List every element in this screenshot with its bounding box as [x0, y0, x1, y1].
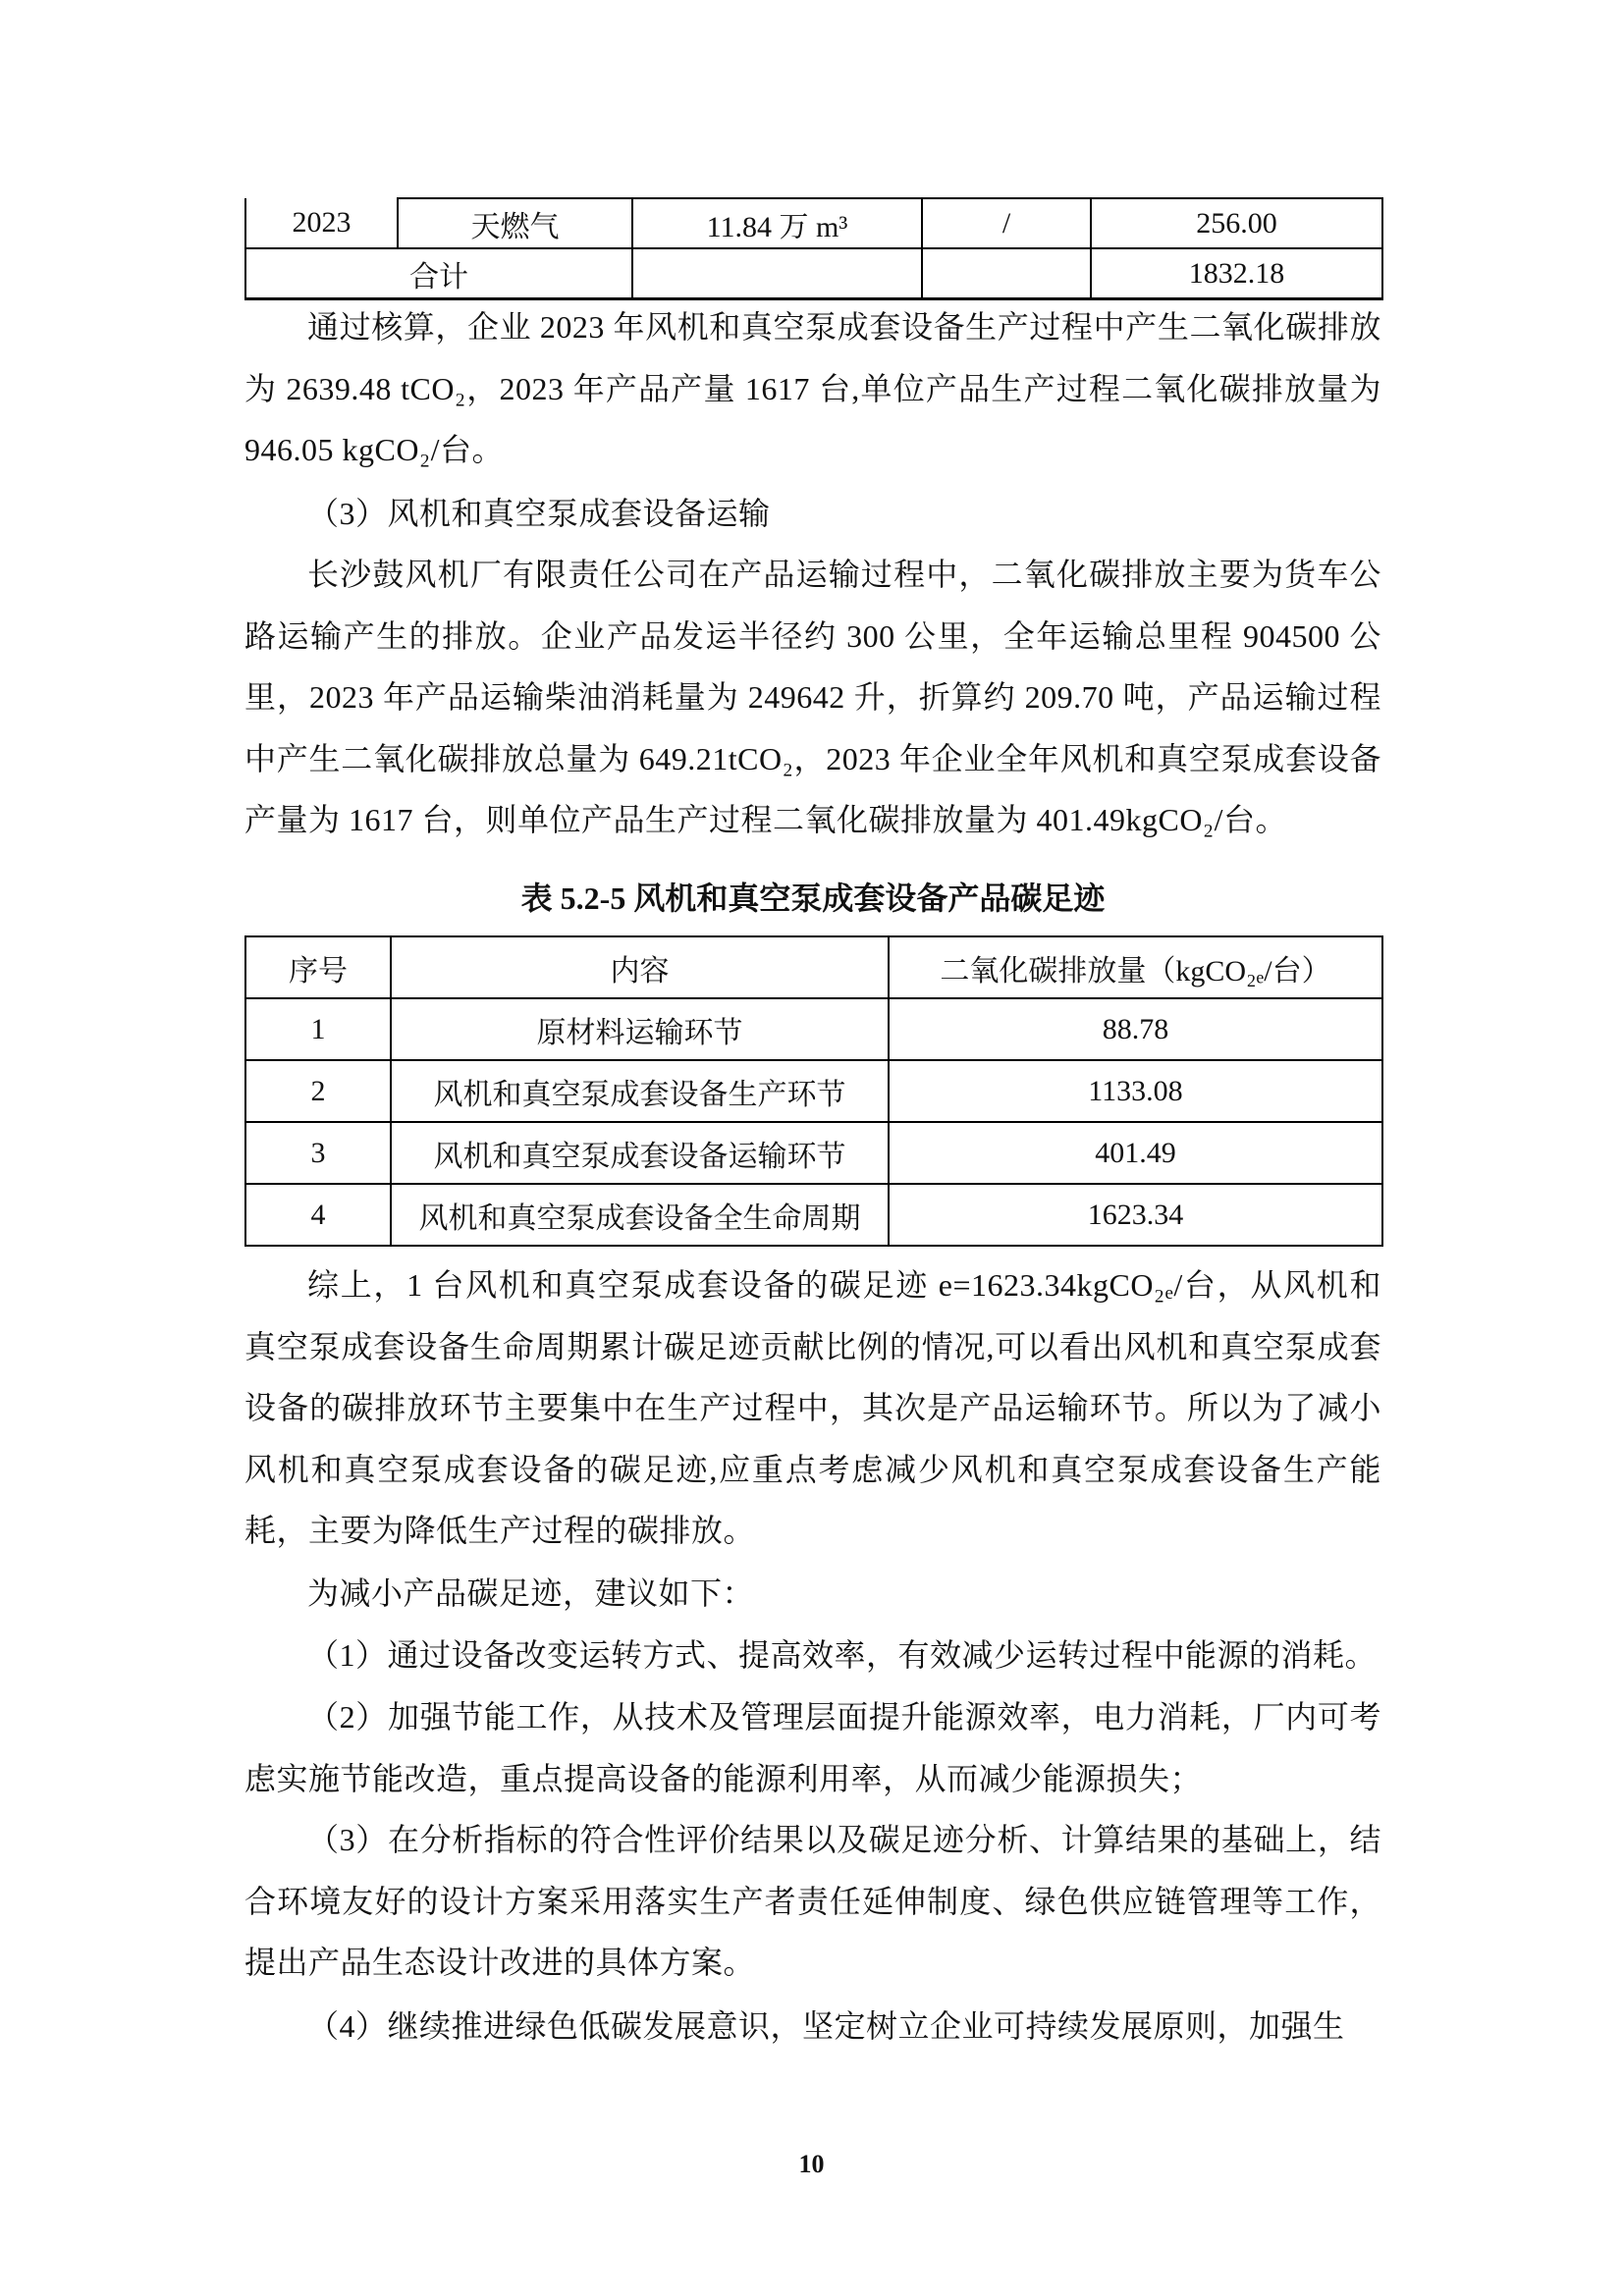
cell-content: 风机和真空泵成套设备生产环节 [391, 1060, 889, 1122]
cell-index: 4 [245, 1184, 391, 1246]
cell-index: 3 [245, 1122, 391, 1184]
header-index: 序号 [245, 936, 391, 998]
suggestion-item-2: （2）加强节能工作，从技术及管理层面提升能源效率，电力消耗，厂内可考虑实施节能改… [244, 1686, 1381, 1809]
fuel-emission-cell: 256.00 [1091, 198, 1382, 248]
table-row: 1 原材料运输环节 88.78 [245, 998, 1382, 1060]
cell-content: 风机和真空泵成套设备运输环节 [391, 1122, 889, 1184]
fuel-table-container: 2023 天燃气 11.84 万 m³ / 256.00 合计 1832.18 [244, 197, 1381, 300]
total-empty-cell [632, 248, 922, 299]
footprint-table-container: 序号 内容 二氧化碳排放量（kgCO₂ₑ/台） 1 原材料运输环节 88.78 … [244, 935, 1381, 1247]
table-row: 4 风机和真空泵成套设备全生命周期 1623.34 [245, 1184, 1382, 1246]
fuel-type-cell: 天燃气 [398, 198, 632, 248]
paragraph-transport-emission: 长沙鼓风机厂有限责任公司在产品运输过程中，二氧化碳排放主要为货车公路运输产生的排… [244, 544, 1381, 851]
document-page: 2023 天燃气 11.84 万 m³ / 256.00 合计 1832.18 … [0, 0, 1623, 2296]
header-emission: 二氧化碳排放量（kgCO₂ₑ/台） [889, 936, 1382, 998]
cell-index: 1 [245, 998, 391, 1060]
cell-emission: 401.49 [889, 1122, 1382, 1184]
table-row-total: 合计 1832.18 [245, 248, 1382, 299]
cell-index: 2 [245, 1060, 391, 1122]
cell-content: 风机和真空泵成套设备全生命周期 [391, 1184, 889, 1246]
fuel-amount-cell: 11.84 万 m³ [632, 198, 922, 248]
cell-emission: 1623.34 [889, 1184, 1382, 1246]
fuel-consumption-table: 2023 天燃气 11.84 万 m³ / 256.00 合计 1832.18 [244, 197, 1383, 300]
paragraph-production-emission: 通过核算，企业 2023 年风机和真空泵成套设备生产过程中产生二氧化碳排放为 2… [244, 296, 1381, 481]
paragraph-suggestions-intro: 为减小产品碳足迹，建议如下： [244, 1563, 1381, 1625]
suggestion-item-3: （3）在分析指标的符合性评价结果以及碳足迹分析、计算结果的基础上，结合环境友好的… [244, 1809, 1381, 1994]
suggestion-item-1: （1）通过设备改变运转方式、提高效率，有效减少运转过程中能源的消耗。 [244, 1625, 1381, 1686]
page-number: 10 [0, 2150, 1623, 2179]
fuel-year-cell: 2023 [245, 198, 398, 248]
table-row: 2023 天燃气 11.84 万 m³ / 256.00 [245, 198, 1382, 248]
table-row: 2 风机和真空泵成套设备生产环节 1133.08 [245, 1060, 1382, 1122]
table-title: 表 5.2-5 风机和真空泵成套设备产品碳足迹 [244, 868, 1381, 930]
table-row: 3 风机和真空泵成套设备运输环节 401.49 [245, 1122, 1382, 1184]
table-header-row: 序号 内容 二氧化碳排放量（kgCO₂ₑ/台） [245, 936, 1382, 998]
total-empty-cell [922, 248, 1091, 299]
total-label-cell: 合计 [245, 248, 632, 299]
paragraph-footprint-summary: 综上，1 台风机和真空泵成套设备的碳足迹 e=1623.34kgCO₂ₑ/台，从… [244, 1255, 1381, 1562]
fuel-slash-cell: / [922, 198, 1091, 248]
heading-transport-section: （3）风机和真空泵成套设备运输 [244, 483, 1381, 545]
carbon-footprint-table: 序号 内容 二氧化碳排放量（kgCO₂ₑ/台） 1 原材料运输环节 88.78 … [244, 935, 1383, 1247]
header-content: 内容 [391, 936, 889, 998]
cell-emission: 88.78 [889, 998, 1382, 1060]
total-emission-cell: 1832.18 [1091, 248, 1382, 299]
cell-emission: 1133.08 [889, 1060, 1382, 1122]
suggestion-item-4: （4）继续推进绿色低碳发展意识，坚定树立企业可持续发展原则，加强生 [244, 1996, 1381, 2057]
cell-content: 原材料运输环节 [391, 998, 889, 1060]
